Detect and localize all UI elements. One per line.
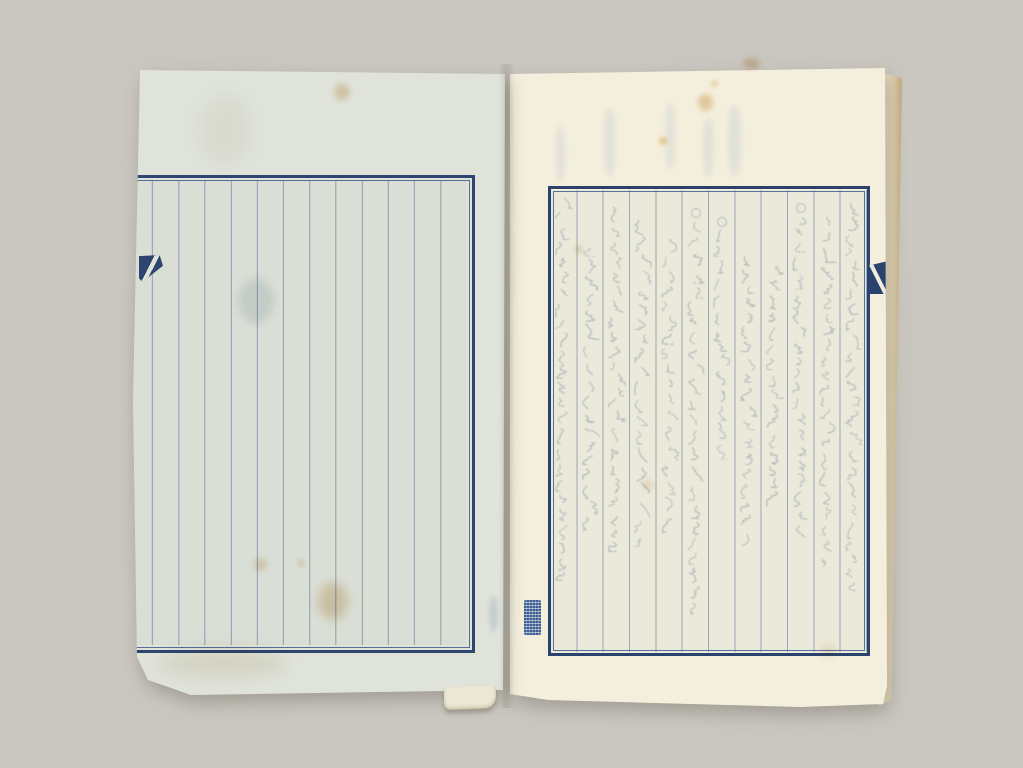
- script-column: [735, 256, 761, 548]
- left-page-frame: [131, 175, 475, 653]
- script-column: [604, 206, 630, 553]
- script-column: [709, 215, 735, 462]
- ghost-mark: [556, 126, 565, 182]
- ghost-mark: [728, 106, 741, 176]
- fishtail-marker-icon: [867, 261, 887, 294]
- script-column: [656, 238, 682, 535]
- script-column: [788, 201, 814, 542]
- ghost-mark: [666, 103, 675, 169]
- handwritten-text-columns: [551, 192, 867, 648]
- script-column: [814, 215, 840, 570]
- collector-seal: [524, 600, 541, 635]
- script-column: [762, 265, 788, 508]
- left-page-wrap: [131, 64, 511, 712]
- script-column: [630, 219, 656, 550]
- left-page: [131, 64, 511, 712]
- right-page-wrap: [507, 66, 887, 708]
- script-column: [683, 206, 709, 619]
- page-curl-corner: [444, 685, 497, 710]
- ghost-mark: [604, 108, 615, 176]
- script-column: [577, 247, 603, 535]
- script-column: [551, 197, 577, 583]
- script-column: [841, 201, 867, 592]
- ghost-mark: [703, 118, 714, 176]
- photo-stage: [0, 0, 1023, 768]
- right-page: [507, 66, 887, 708]
